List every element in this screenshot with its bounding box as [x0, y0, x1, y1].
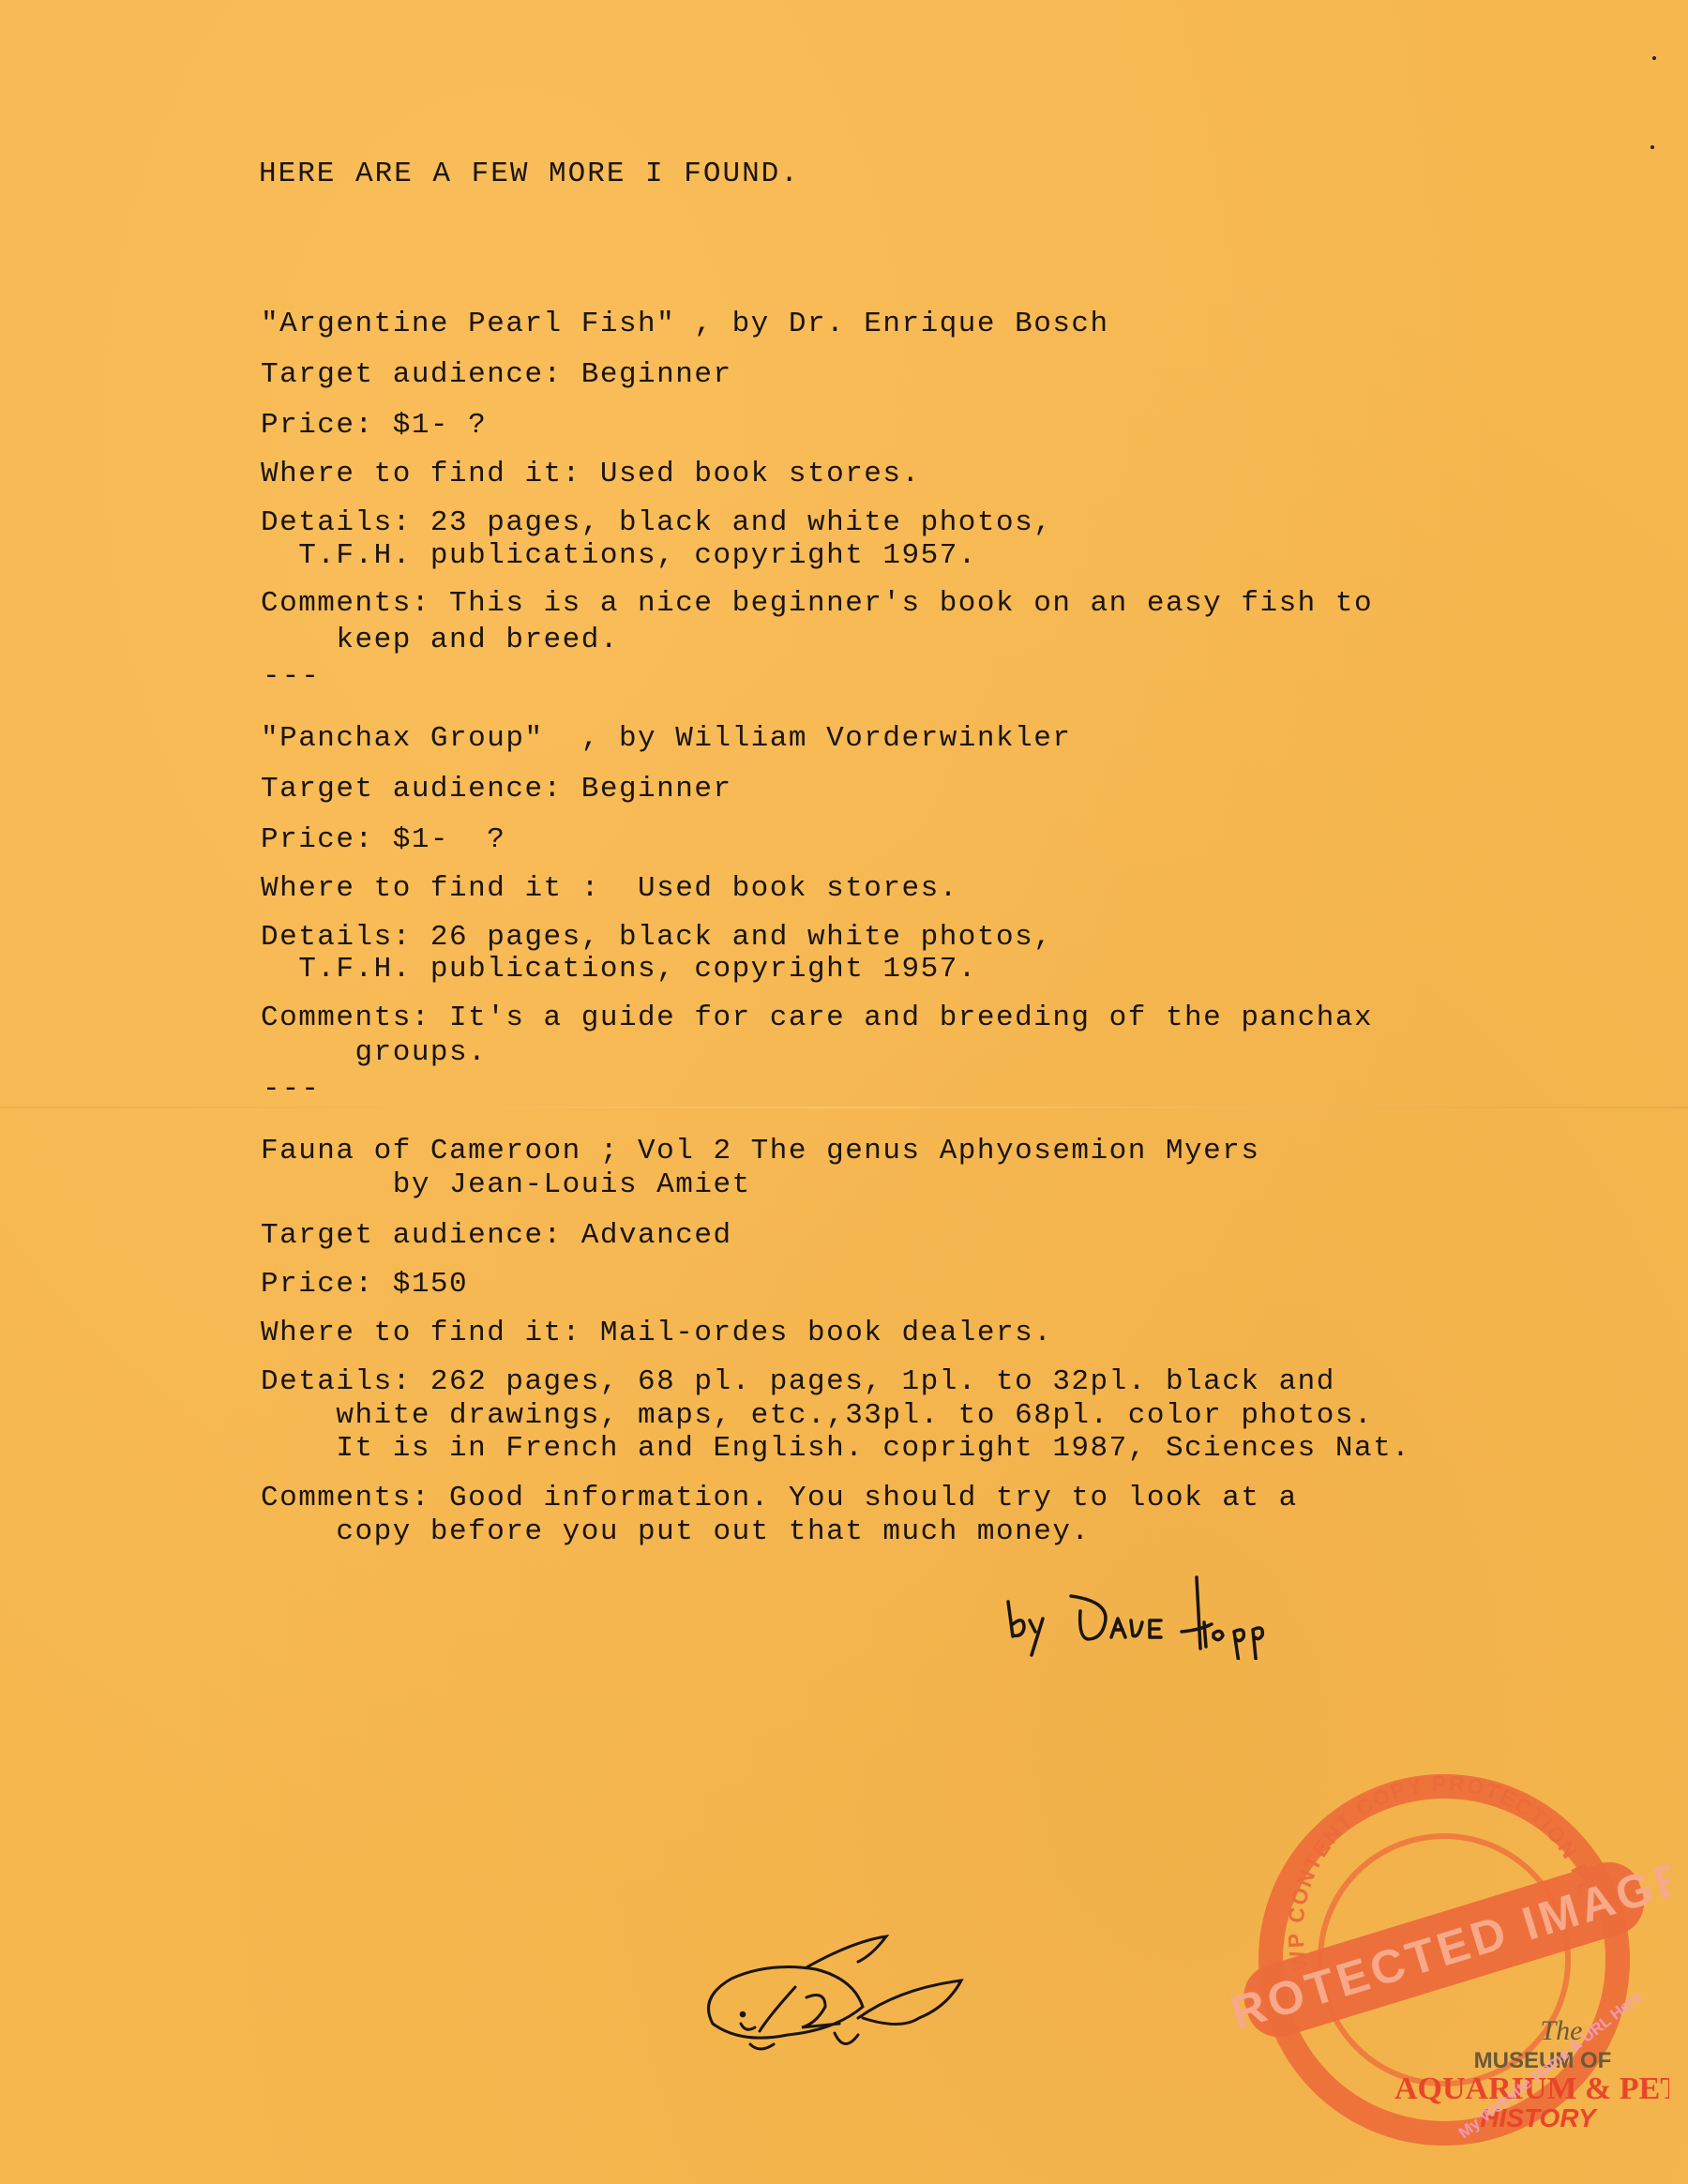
entry-title: "Argentine Pearl Fish" , by Dr. Enrique … [261, 308, 1109, 341]
fish-doodle-page-number [694, 1913, 975, 2058]
paper-fold-line [0, 1107, 1688, 1108]
entry-where: Where to find it: Used book stores. [261, 458, 921, 491]
stamp-icon: WP CONTENT COPY PROTECTION PLUGIN PROTEC… [1228, 1754, 1669, 2166]
entry-price: Price: $1- ? [261, 823, 505, 857]
entry-audience: Target audience: Beginner [261, 358, 732, 392]
paper-speck [1652, 56, 1656, 60]
entry-details-cont: It is in French and English. copright 19… [261, 1432, 1410, 1466]
signature-icon [1003, 1557, 1304, 1660]
protected-image-watermark: WP CONTENT COPY PROTECTION PLUGIN PROTEC… [1228, 1754, 1669, 2166]
entry-details: Details: 262 pages, 68 pl. pages, 1pl. t… [261, 1365, 1335, 1399]
entry-audience: Target audience: Advanced [261, 1219, 732, 1253]
entry-separator: --- [263, 1073, 321, 1106]
entry-where: Where to find it : Used book stores. [261, 872, 958, 906]
entry-details-cont: T.F.H. publications, copyright 1957. [261, 539, 977, 573]
entry-audience: Target audience: Beginner [261, 773, 732, 806]
entry-title: "Panchax Group" , by William Vorderwinkl… [261, 722, 1071, 756]
paper-speck [1650, 145, 1654, 149]
fish-drawing-icon [694, 1913, 975, 2054]
entry-details-cont: white drawings, maps, etc.,33pl. to 68pl… [261, 1399, 1373, 1433]
entry-where: Where to find it: Mail-ordes book dealer… [261, 1317, 1052, 1350]
entry-author: by Jean-Louis Amiet [261, 1168, 751, 1202]
entry-comments: Comments: It's a guide for care and bree… [261, 1002, 1373, 1035]
entry-details: Details: 26 pages, black and white photo… [261, 921, 1052, 955]
entry-separator: --- [263, 660, 321, 693]
entry-details: Details: 23 pages, black and white photo… [261, 506, 1052, 540]
entry-comments-cont: copy before you put out that much money. [261, 1515, 1091, 1549]
entry-title: Fauna of Cameroon ; Vol 2 The genus Aphy… [261, 1135, 1259, 1168]
entry-comments: Comments: This is a nice beginner's book… [261, 587, 1373, 621]
entry-details-cont: T.F.H. publications, copyright 1957. [261, 953, 977, 987]
handwritten-signature [1003, 1557, 1304, 1664]
entry-comments: Comments: Good information. You should t… [261, 1482, 1298, 1515]
entry-price: Price: $150 [261, 1268, 468, 1302]
entry-price: Price: $1- ? [261, 409, 487, 443]
page-heading: HERE ARE A FEW MORE I FOUND. [259, 158, 800, 191]
entry-comments-cont: keep and breed. [261, 624, 619, 657]
entry-comments-cont: groups. [261, 1036, 487, 1070]
